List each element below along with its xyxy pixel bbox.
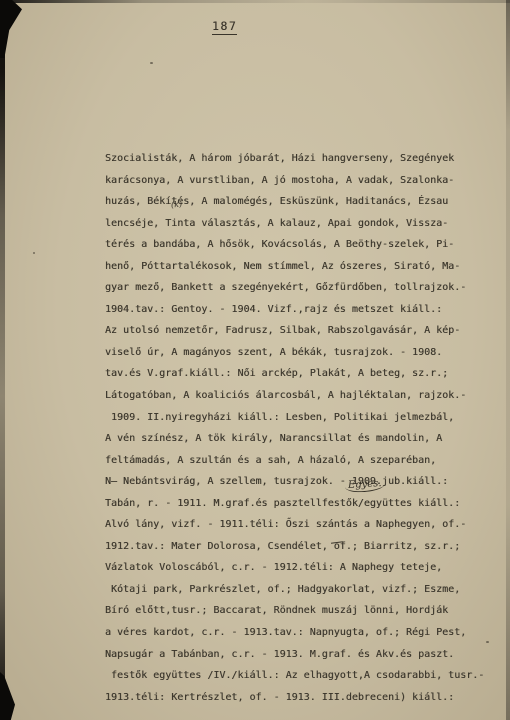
text-line: lencséje, Tinta választás, A kalauz, Apa… [105, 213, 495, 235]
text-line: viselő úr, A magányos szent, A békák, tu… [105, 342, 495, 364]
paper-speck [33, 252, 35, 254]
scan-edge-top [0, 0, 510, 3]
text-line: gyar mező, Bankett a szegényekért, Gőzfü… [105, 277, 495, 299]
scan-corner-bottom-left [0, 672, 15, 720]
page-number: 187 [212, 19, 237, 35]
scanned-document-page: 187 Szocialisták, A három jóbarát, Házi … [0, 0, 510, 720]
handwritten-insertion-tinta: (k) [171, 199, 183, 209]
text-line: huzás, Békítés, A malomégés, Esküszünk, … [105, 191, 495, 213]
text-line: N̶ Nebántsvirág, A szellem, tusrajzok. -… [105, 471, 495, 493]
text-line: Az utolsó nemzetőr, Fadrusz, Silbak, Rab… [105, 320, 495, 342]
text-line: karácsonya, A vurstliban, A jó mostoha, … [105, 170, 495, 192]
text-line: Alvó lány, vizf. - 1911.téli: Őszi szánt… [105, 514, 495, 536]
text-line: Szocialisták, A három jóbarát, Házi hang… [105, 148, 495, 170]
text-line: 1913.téli: Kertrészlet, of. - 1913. III.… [105, 687, 495, 709]
text-line: feltámadás, A szultán és a sah, A házaló… [105, 450, 495, 472]
text-line: Kótaji park, Parkrészlet, of.; Hadgyakor… [105, 579, 495, 601]
text-line: festők együttes /IV./kiáll.: Az elhagyot… [105, 665, 495, 687]
text-line: Tabán, r. - 1911. M.graf.és pasztellfest… [105, 493, 495, 515]
text-line: Látogatóban, A koaliciós álarcosbál, A h… [105, 385, 495, 407]
text-line: tav.és V.graf.kiáll.: Női arckép, Plakát… [105, 363, 495, 385]
text-line: térés a bandába, A hősök, Kovácsolás, A … [105, 234, 495, 256]
scan-edge-right [506, 0, 510, 720]
text-block: Szocialisták, A három jóbarát, Házi hang… [105, 148, 495, 708]
text-line: Napsugár a Tabánban, c.r. - 1913. M.graf… [105, 644, 495, 666]
text-line: henő, Póttartalékosok, Nem stímmel, Az ó… [105, 256, 495, 278]
scan-edge-left [0, 0, 5, 720]
paper-speck [150, 62, 153, 64]
text-line: Bíró előtt,tusr.; Baccarat, Röndnek musz… [105, 600, 495, 622]
scan-corner-top-left [0, 0, 22, 58]
text-line: 1909. II.nyiregyházi kiáll.: Lesben, Pol… [105, 407, 495, 429]
text-line: a véres kardot, c.r. - 1913.tav.: Napnyu… [105, 622, 495, 644]
text-line: 1904.tav.: Gentoy. - 1904. Vizf.,rajz és… [105, 299, 495, 321]
text-line: A vén színész, A tök király, Narancsilla… [105, 428, 495, 450]
text-line: 1912.tav.: Mater Dolorosa, Csendélet, of… [105, 536, 495, 558]
text-line: Vázlatok Voloscából, c.r. - 1912.téli: A… [105, 557, 495, 579]
